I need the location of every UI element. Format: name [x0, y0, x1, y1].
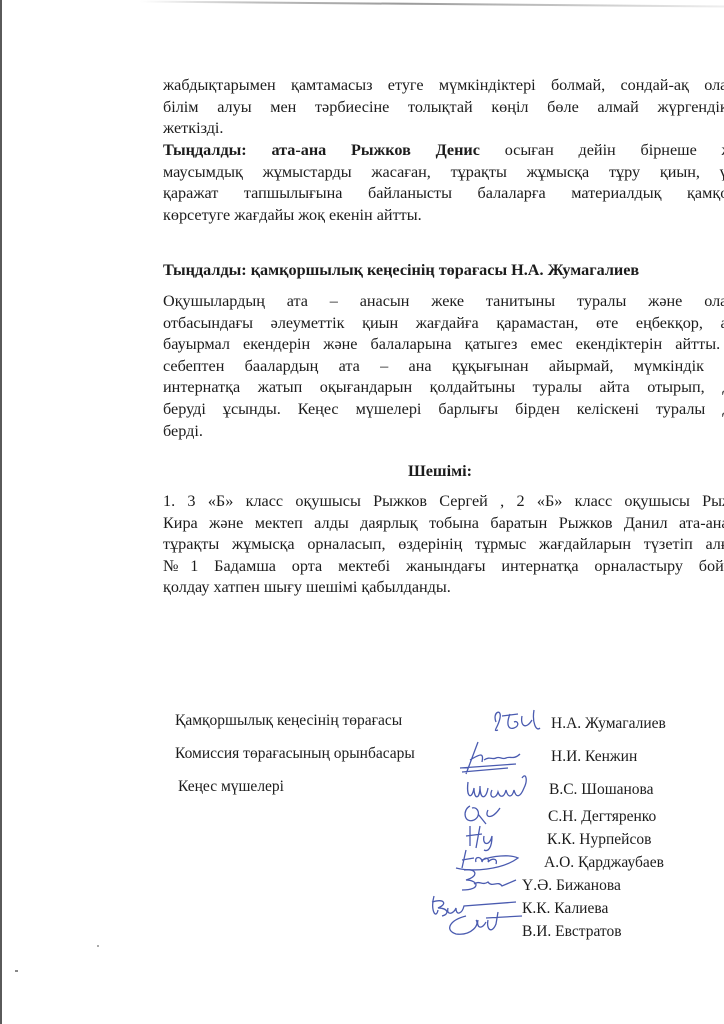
role-members: Кеңес мүшелері [178, 778, 284, 796]
chair-statement-line: интернатқа жатып оқығандарын қолдайтыны … [163, 377, 724, 399]
parent-statement: Тыңдалды: ата-ана Рыжков Денис осыған де… [163, 140, 724, 226]
signature-kalieva-evstratov [426, 890, 526, 940]
parent-statement-line: көрсетуге жағдайы жоқ екенін айтты. [163, 205, 724, 227]
decision-heading: Шешімі: [0, 462, 724, 481]
decision-line: тұрақты жұмысқа орналасып, өздерінің тұр… [163, 534, 724, 556]
role-deputy: Комиссия төрағасының орынбасары [175, 745, 415, 763]
intro-line: жабдықтарымен қамтамасыз етуге мүмкіндік… [163, 75, 724, 97]
decision-line: №1 Бадамша орта мектебі жанындағы интерн… [163, 556, 724, 578]
parent-statement-label: Тыңдалды: [163, 141, 247, 159]
chair-statement-line: Оқушылардың ата – анасын жеке танитыны т… [163, 291, 724, 313]
intro-line: жеткізді. [163, 118, 724, 140]
scan-top-streak [140, 0, 724, 7]
chair-statement-line: себептен баалардың ата – ана құқығынан а… [163, 356, 724, 378]
signatory-name: С.Н. Дегтяренко [548, 808, 656, 826]
parent-statement-line: қаражат тапшылығына байланысты балаларға… [163, 183, 724, 205]
signatory-name: Н.А. Жумагалиев [551, 715, 666, 733]
decision-text: 1. 3 «Б» класс оқушысы Рыжков Сергей , 2… [163, 491, 724, 599]
role-chair: Қамқоршылық кеңесінің төрағасы [175, 712, 402, 730]
scan-speck [97, 945, 99, 947]
signatory-name: К.К. Калиева [522, 900, 608, 918]
scan-speck [15, 970, 18, 972]
chair-heading: Тыңдалды: қамқоршылық кеңесінің төрағасы… [163, 261, 639, 280]
signature-chair [488, 702, 548, 740]
scan-left-edge [0, 0, 2, 1024]
intro-paragraph: жабдықтарымен қамтамасыз етуге мүмкіндік… [163, 75, 724, 140]
chair-statement: Оқушылардың ата – анасын жеке танитыны т… [163, 291, 724, 442]
decision-line: 1. 3 «Б» класс оқушысы Рыжков Сергей , 2… [163, 491, 724, 513]
chair-statement-line: отбасындағы әлеуметтік қиын жағдайға қар… [163, 313, 724, 335]
signatory-name: Ү.Ә. Бижанова [522, 877, 621, 895]
parent-statement-speaker: ата-ана Рыжков Денис [271, 141, 480, 159]
signatory-name: В.С. Шошанова [549, 781, 654, 799]
intro-line: білім алуы мен тәрбиесіне толықтай көңіл… [163, 97, 724, 119]
signatory-name: В.И. Евстратов [522, 923, 622, 941]
chair-statement-line: берді. [163, 421, 724, 443]
decision-line: Кира және мектеп алды даярлық тобына бар… [163, 513, 724, 535]
parent-statement-text: осыған дейін бірнеше жерде [505, 141, 724, 159]
chair-statement-line: бауырмал екендерін және балаларына қатыг… [163, 334, 724, 356]
signatory-name: Н.И. Кенжин [551, 748, 637, 766]
signatory-name: А.О. Қарджаубаев [544, 854, 664, 872]
chair-statement-line: беруді ұсынды. Кеңес мүшелері барлығы бі… [163, 399, 724, 421]
decision-line: қолдау хатпен шығу шешімі қабылданды. [163, 577, 724, 599]
signatory-name: К.К. Нурпейсов [547, 831, 651, 849]
parent-statement-line: маусымдық жұмыстарды жасаған, тұрақты жұ… [163, 162, 724, 184]
